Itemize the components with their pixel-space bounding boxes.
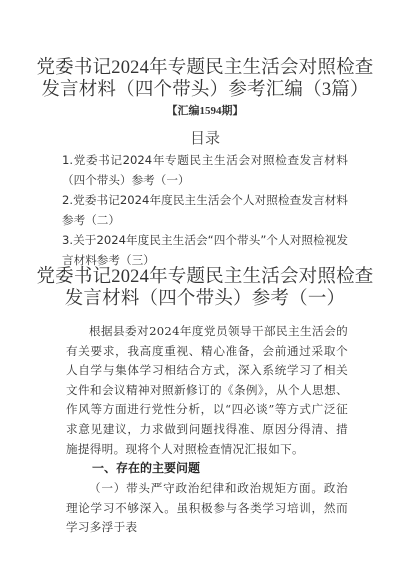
toc-item-1[interactable]: 1.党委书记2024年专题民主生活会对照检查发言材料（四个带头）参考（一） <box>62 150 348 190</box>
section-paragraph: （一）带头严守政治纪律和政治规矩方面。政治理论学习不够深入。虽积极参与各类学习培… <box>66 479 348 538</box>
intro-paragraph: 根据县委对2024年度党员领导干部民主生活会的有关要求，我高度重视、精心准备，会… <box>66 322 348 459</box>
toc-heading: 目录 <box>0 127 410 148</box>
article-title: 党委书记2024年专题民主生活会对照检查 发言材料（四个带头）参考（一） <box>0 266 410 310</box>
section-heading: 一、存在的主要问题 <box>92 459 200 476</box>
article-title-line-1: 党委书记2024年专题民主生活会对照检查 <box>0 266 410 288</box>
toc-item-2[interactable]: 2.党委书记2024年度民主生活会个人对照检查发言材料参考（二） <box>62 190 348 230</box>
compilation-title-line-2: 发言材料（四个带头）参考汇编（3篇） <box>0 79 410 101</box>
compilation-title: 党委书记2024年专题民主生活会对照检查 发言材料（四个带头）参考汇编（3篇） <box>0 57 410 101</box>
toc-item-3[interactable]: 3.关于2024年度民主生活会“四个带头”个人对照检视发言材料参考（三） <box>62 230 348 270</box>
issue-label: 【汇编1594期】 <box>0 102 410 118</box>
document-page: 党委书记2024年专题民主生活会对照检查 发言材料（四个带头）参考汇编（3篇） … <box>0 0 410 580</box>
table-of-contents: 1.党委书记2024年专题民主生活会对照检查发言材料（四个带头）参考（一） 2.… <box>62 150 348 270</box>
compilation-title-line-1: 党委书记2024年专题民主生活会对照检查 <box>0 57 410 79</box>
article-title-line-2: 发言材料（四个带头）参考（一） <box>0 288 410 310</box>
